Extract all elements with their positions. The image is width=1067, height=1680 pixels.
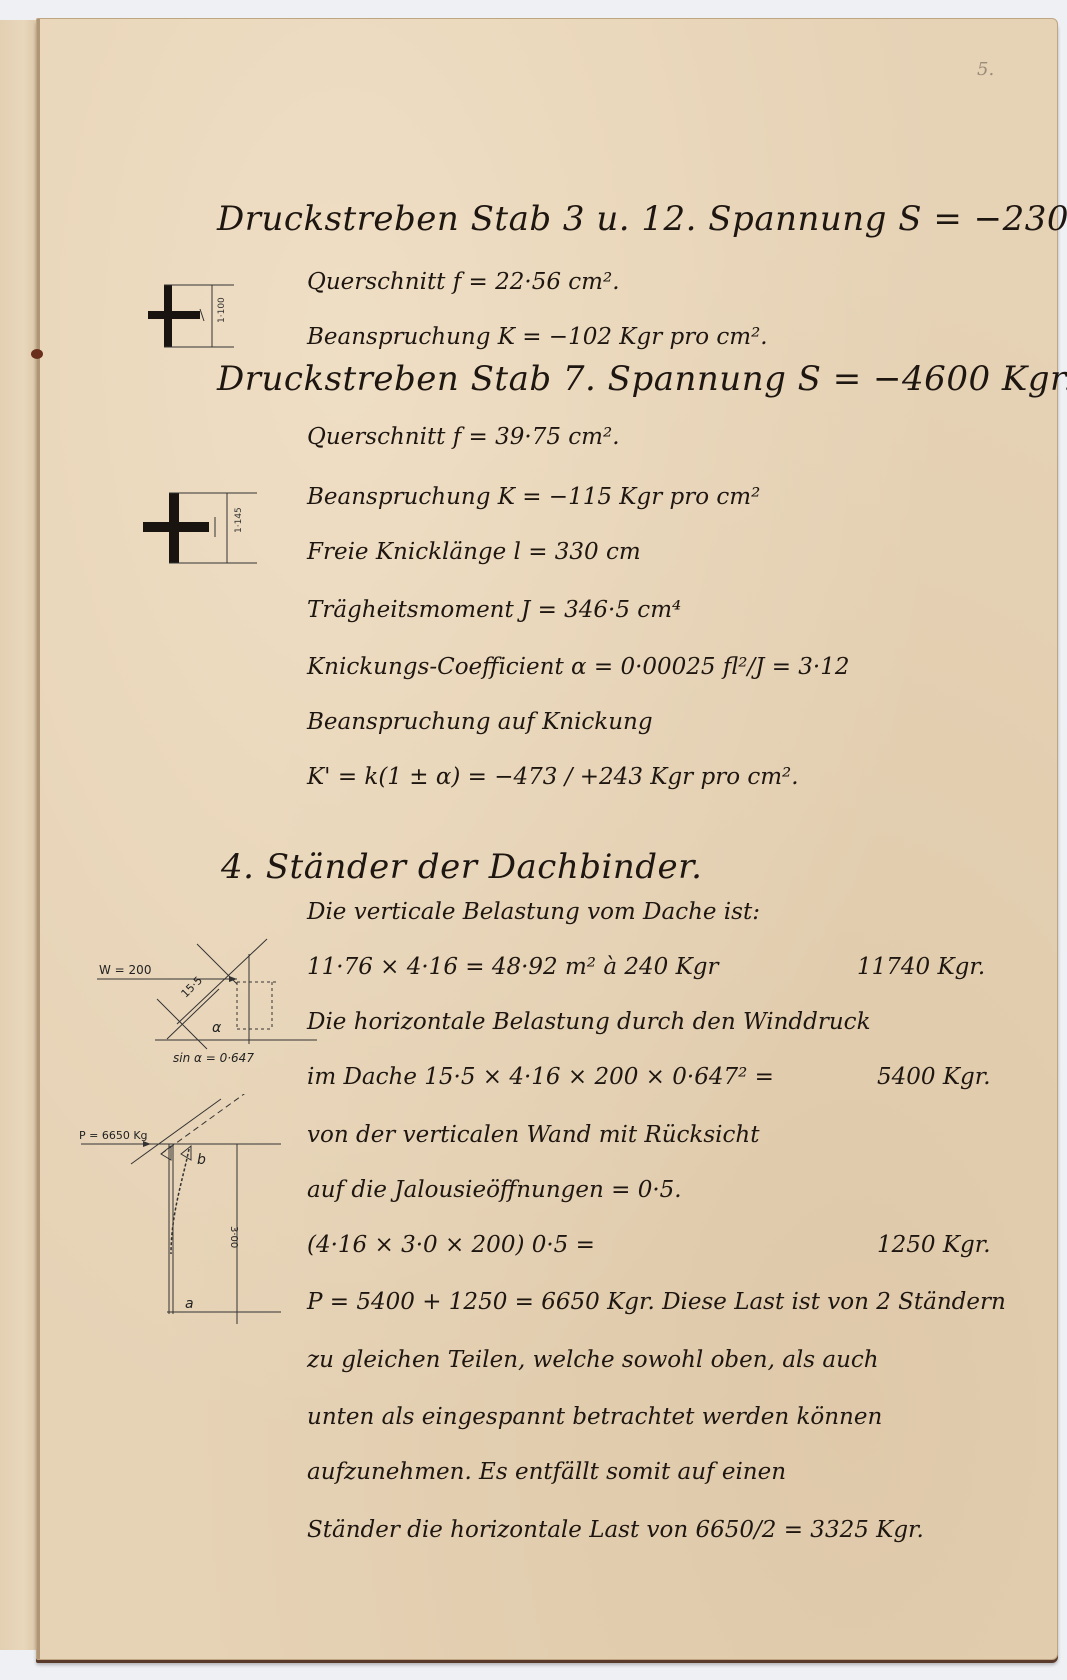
- amount-wind-roof: 5400 Kgr.: [877, 1064, 991, 1090]
- section2-heading: Druckstreben Stab 7. Spannung S = −4600 …: [217, 359, 1067, 399]
- page-number: 5.: [977, 59, 994, 80]
- amount-wind-wall: 1250 Kgr.: [877, 1232, 991, 1258]
- section2-line: Trägheitsmoment J = 346·5 cm⁴: [307, 597, 681, 623]
- section3-line: Die horizontale Belastung durch den Wind…: [307, 1009, 871, 1035]
- cross-section-diagram-1: 1·100: [142, 281, 242, 353]
- svg-text:3·00: 3·00: [228, 1226, 239, 1248]
- svg-text:sin α = 0·647: sin α = 0·647: [173, 1051, 254, 1064]
- amount-vertical-load: 11740 Kgr.: [857, 954, 985, 980]
- section1-heading: Druckstreben Stab 3 u. 12. Spannung S = …: [217, 199, 1067, 239]
- section3-line: auf die Jalousieöffnungen = 0·5.: [307, 1177, 682, 1203]
- manuscript-page: 5. Druckstreben Stab 3 u. 12. Spannung S…: [36, 18, 1058, 1660]
- wind-force-diagram: W = 200 15·5 α sin α = 0·647: [87, 924, 317, 1064]
- svg-text:W = 200: W = 200: [99, 963, 151, 977]
- section3-line: 11·76 × 4·16 = 48·92 m² à 240 Kgr: [307, 954, 718, 980]
- section3-line: im Dache 15·5 × 4·16 × 200 × 0·647² =: [307, 1064, 774, 1090]
- section3-heading: 4. Ständer der Dachbinder.: [221, 847, 702, 887]
- left-page-edge: [0, 20, 41, 1650]
- section3-line: zu gleichen Teilen, welche sowohl oben, …: [307, 1347, 879, 1373]
- svg-text:15·5: 15·5: [179, 974, 206, 1001]
- section2-line: Freie Knicklänge l = 330 cm: [307, 539, 641, 565]
- section2-line: Knickungs-Coefficient α = 0·00025 fl²/J …: [307, 654, 850, 680]
- section3-line: Ständer die horizontale Last von 6650/2 …: [307, 1517, 924, 1543]
- section3-line: (4·16 × 3·0 × 200) 0·5 =: [307, 1232, 595, 1258]
- binding-thread: [31, 349, 43, 359]
- svg-text:P = 6650 Kg: P = 6650 Kg: [79, 1129, 148, 1142]
- section3-line: unten als eingespannt betrachtet werden …: [307, 1404, 882, 1430]
- section2-line: Beanspruchung auf Knickung: [307, 709, 653, 735]
- section2-line: K' = k(1 ± α) = −473 / +243 Kgr pro cm².: [307, 764, 799, 790]
- section3-line: Die verticale Belastung vom Dache ist:: [307, 899, 760, 925]
- section3-line: aufzunehmen. Es entfällt somit auf einen: [307, 1459, 786, 1485]
- svg-text:α: α: [212, 1020, 222, 1036]
- svg-text:b: b: [197, 1152, 206, 1168]
- section3-line: P = 5400 + 1250 = 6650 Kgr. Diese Last i…: [307, 1289, 1006, 1315]
- section3-line: von der verticalen Wand mit Rücksicht: [307, 1122, 759, 1148]
- section1-line: Beanspruchung K = −102 Kgr pro cm².: [307, 324, 768, 350]
- svg-text:1·100: 1·100: [217, 297, 227, 323]
- svg-text:a: a: [185, 1296, 194, 1312]
- section1-line: Querschnitt f = 22·56 cm².: [307, 269, 620, 295]
- section2-line: Beanspruchung K = −115 Kgr pro cm²: [307, 484, 760, 510]
- section2-line: Querschnitt f = 39·75 cm².: [307, 424, 620, 450]
- cross-section-diagram-2: 1·145: [137, 489, 267, 569]
- column-diagram: P = 6650 Kg 3·00 b a: [71, 1094, 281, 1324]
- page-spine: [37, 19, 40, 1659]
- svg-text:1·145: 1·145: [234, 507, 244, 533]
